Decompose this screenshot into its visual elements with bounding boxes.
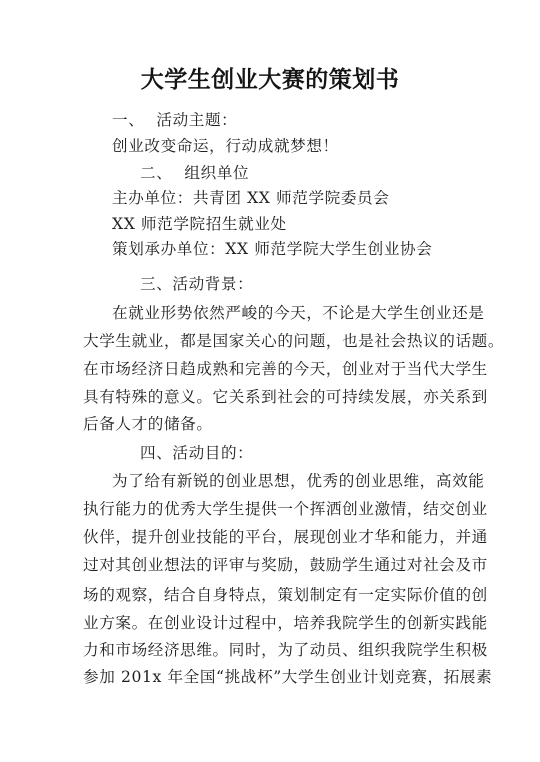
section3-paragraph-line: 后备人才的储备。	[83, 412, 213, 436]
section4-paragraph-line: 过对其创业想法的评审与奖励，鼓励学生通过对社会及市	[83, 553, 488, 577]
section3-paragraph-line: 大学生就业，都是国家关心的问题，也是社会热议的话题。	[83, 329, 504, 353]
section1-number: 一、	[112, 111, 144, 129]
document-page: 大学生创业大赛的策划书 一、活动主题： 创业改变命运，行动成就梦想！ 二、组织单…	[0, 0, 540, 762]
section4-heading: 四、活动目的：	[140, 441, 253, 465]
section4-paragraph-line: 参加 201x 年全国“挑战杯”大学生创业计划竞赛，拓展素	[83, 665, 492, 689]
section4-paragraph-line: 业方案。在创业设计过程中，培养我院学生的创新实践能	[83, 611, 488, 635]
section2-heading: 组织单位	[184, 164, 249, 182]
document-title: 大学生创业大赛的策划书	[0, 64, 540, 96]
section3-paragraph-line: 在市场经济日趋成熟和完善的今天，创业对于当代大学生	[83, 357, 488, 381]
section4-paragraph-line: 伙伴，提升创业技能的平台，展现创业才华和能力，并通	[83, 525, 488, 549]
section4-paragraph-line: 为了给有新锐的创业思想，优秀的创业思维，高效能	[112, 469, 484, 493]
section2-number: 二、	[140, 164, 172, 182]
section4-paragraph-line: 场的观察，结合自身特点，策划制定有一定实际价值的创	[83, 583, 488, 607]
host-line: 策划承办单位：XX 师范学院大学生创业协会	[112, 237, 432, 261]
section4-paragraph-line: 力和市场经济思维。同时，为了动员、组织我院学生积极	[83, 638, 488, 662]
section4-paragraph-line: 执行能力的优秀大学生提供一个挥洒创业激情，结交创业	[83, 497, 488, 521]
section1-body: 创业改变命运，行动成就梦想！	[112, 134, 339, 158]
co-organizer-line: XX 师范学院招生就业处	[112, 212, 287, 236]
section3-heading: 三、活动背景：	[140, 272, 253, 296]
section2-heading-line: 二、组织单位	[140, 161, 249, 185]
section3-paragraph-line: 具有特殊的意义。它关系到社会的可持续发展，亦关系到	[83, 385, 488, 409]
section1-heading: 活动主题：	[156, 111, 237, 129]
organizer-line: 主办单位：共青团 XX 师范学院委员会	[112, 186, 389, 210]
section1-heading-line: 一、活动主题：	[112, 108, 237, 132]
section3-paragraph-line: 在就业形势依然严峻的今天，不论是大学生创业还是	[112, 301, 484, 325]
